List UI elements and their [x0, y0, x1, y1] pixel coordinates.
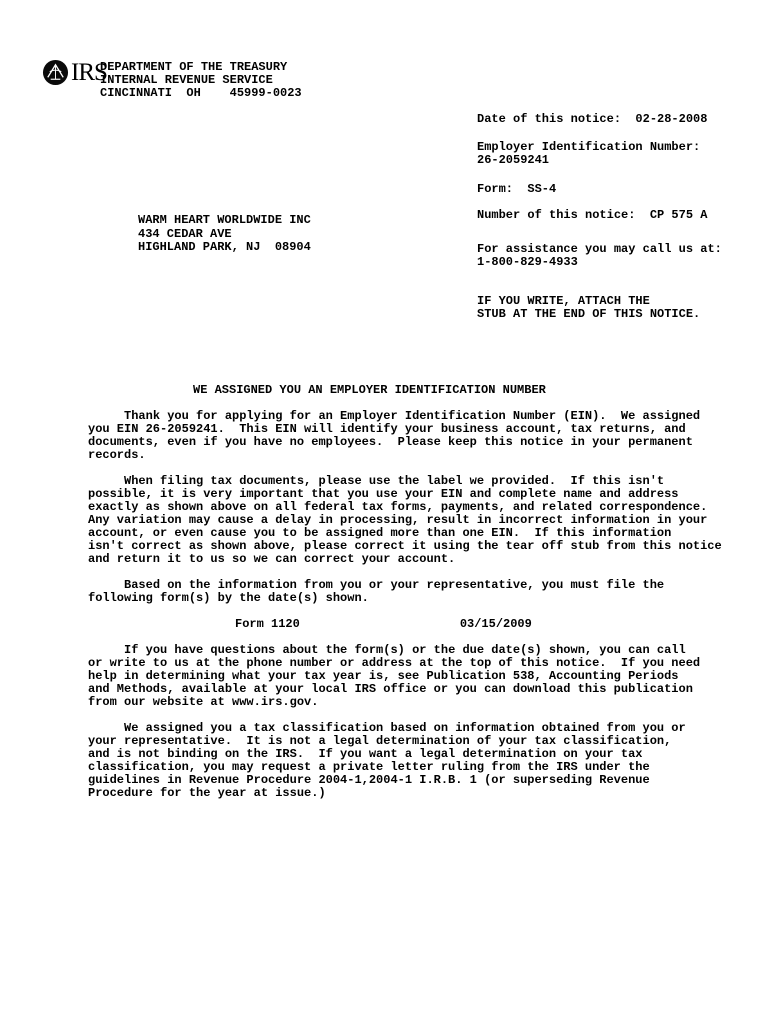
paragraph-tax-classification: We assigned you a tax classification bas… — [88, 722, 733, 800]
write-attach-instruction: IF YOU WRITE, ATTACH THE STUB AT THE END… — [477, 295, 700, 321]
notice-info-column: Date of this notice: 02-28-2008 Employer… — [477, 113, 757, 343]
filing-requirement-row: Form 112003/15/2009 — [88, 618, 733, 631]
irs-eagle-logo-icon — [42, 59, 69, 86]
ein-block: Employer Identification Number: 26-20592… — [477, 141, 700, 167]
recipient-street: 434 CEDAR AVE — [138, 228, 311, 242]
notice-title: WE ASSIGNED YOU AN EMPLOYER IDENTIFICATI… — [88, 384, 733, 397]
recipient-address-block: WARM HEART WORLDWIDE INC 434 CEDAR AVE H… — [138, 214, 311, 255]
agency-address-lines: DEPARTMENT OF THE TREASURY INTERNAL REVE… — [100, 61, 302, 100]
filing-form-name: Form 1120 — [235, 617, 300, 631]
filing-due-date: 03/15/2009 — [460, 617, 532, 631]
recipient-city-state-zip: HIGHLAND PARK, NJ 08904 — [138, 241, 311, 255]
paragraph-based-on-info: Based on the information from you or you… — [88, 579, 733, 605]
form-type-line: Form: SS-4 — [477, 183, 556, 196]
recipient-name: WARM HEART WORLDWIDE INC — [138, 214, 311, 228]
assistance-phone-block: For assistance you may call us at: 1-800… — [477, 243, 722, 269]
irs-logo: IRS — [42, 59, 107, 86]
paragraph-filing-label: When filing tax documents, please use th… — [88, 475, 733, 566]
paragraph-questions: If you have questions about the form(s) … — [88, 644, 733, 709]
notice-date-line: Date of this notice: 02-28-2008 — [477, 113, 707, 126]
paragraph-thank-you: Thank you for applying for an Employer I… — [88, 410, 733, 462]
notice-body: WE ASSIGNED YOU AN EMPLOYER IDENTIFICATI… — [88, 384, 733, 813]
notice-number-line: Number of this notice: CP 575 A — [477, 209, 707, 222]
irs-notice-page: IRS DEPARTMENT OF THE TREASURY INTERNAL … — [0, 0, 770, 1024]
